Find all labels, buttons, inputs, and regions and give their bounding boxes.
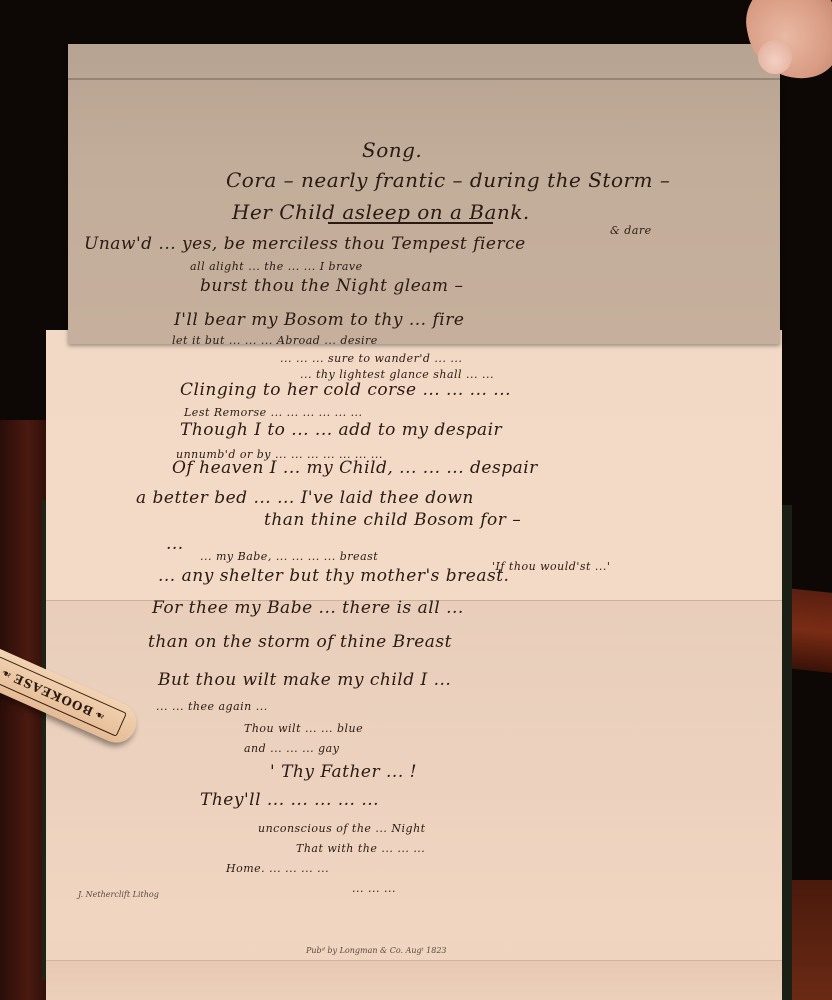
manuscript-line: 'If thou would'st ...' — [492, 560, 610, 573]
manuscript-line: Unaw'd ... yes, be merciless thou Tempes… — [84, 234, 526, 254]
manuscript-line: That with the ... ... ... — [296, 842, 425, 855]
manuscript-line: ... ... ... sure to wander'd ... ... — [280, 352, 462, 365]
engraver-credit: J. Netherclift Lithog — [78, 890, 159, 899]
manuscript-line: than on the storm of thine Breast — [148, 632, 452, 652]
manuscript-line: ... my Babe, ... ... ... ... breast — [200, 550, 378, 563]
manuscript-line: ... ... ... — [352, 882, 396, 895]
manuscript-line: ... any shelter but thy mother's breast. — [158, 566, 509, 586]
manuscript-line: ... ... thee again ... — [156, 700, 268, 713]
paper-fold-line — [68, 78, 780, 80]
song-heading: Song. — [362, 138, 422, 162]
manuscript-line: than thine child Bosom for – — [264, 510, 521, 530]
ornament-icon: ❧ — [92, 707, 107, 724]
title-underline — [328, 222, 493, 224]
manuscript-line: Thou wilt ... ... blue — [244, 722, 363, 735]
song-subtitle-line-2: Her Child asleep on a Bank. — [232, 200, 530, 224]
manuscript-line: let it but ... ... ... Abroad ... desire — [172, 334, 378, 347]
manuscript-line: Though I to ... ... add to my despair — [180, 420, 502, 440]
manuscript-line: Lest Remorse ... ... ... ... ... ... — [184, 406, 363, 419]
manuscript-line: I'll bear my Bosom to thy ... fire — [174, 310, 464, 330]
song-subtitle-line-1: Cora – nearly frantic – during the Storm… — [226, 168, 670, 192]
publisher-imprint: Pubᵈ by Longman & Co. Augᵗ 1823 — [306, 946, 447, 955]
manuscript-line: and ... ... ... gay — [244, 742, 339, 755]
manuscript-line: a better bed ... ... I've laid thee down — [136, 488, 474, 508]
page-bottom-edge — [46, 960, 782, 1000]
fingernail — [758, 40, 792, 74]
manuscript-line: Of heaven I ... my Child, ... ... ... de… — [172, 458, 538, 478]
manuscript-line: For thee my Babe ... there is all ... — [152, 598, 464, 618]
manuscript-line: & dare — [610, 224, 652, 237]
manuscript-line: ... — [166, 534, 184, 554]
manuscript-line: burst thou the Night gleam – — [200, 276, 463, 296]
folded-manuscript-leaf[interactable] — [68, 44, 780, 344]
manuscript-line: ' Thy Father ... ! — [270, 762, 417, 782]
manuscript-line: all alight ... the ... ... I brave — [190, 260, 363, 273]
manuscript-line: Clinging to her cold corse ... ... ... .… — [180, 380, 511, 400]
manuscript-line: unconscious of the ... Night — [258, 822, 426, 835]
manuscript-line: They'll ... ... ... ... ... — [200, 790, 379, 810]
manuscript-line: Home. ... ... ... ... — [226, 862, 329, 875]
manuscript-line: But thou wilt make my child I ... — [158, 670, 451, 690]
